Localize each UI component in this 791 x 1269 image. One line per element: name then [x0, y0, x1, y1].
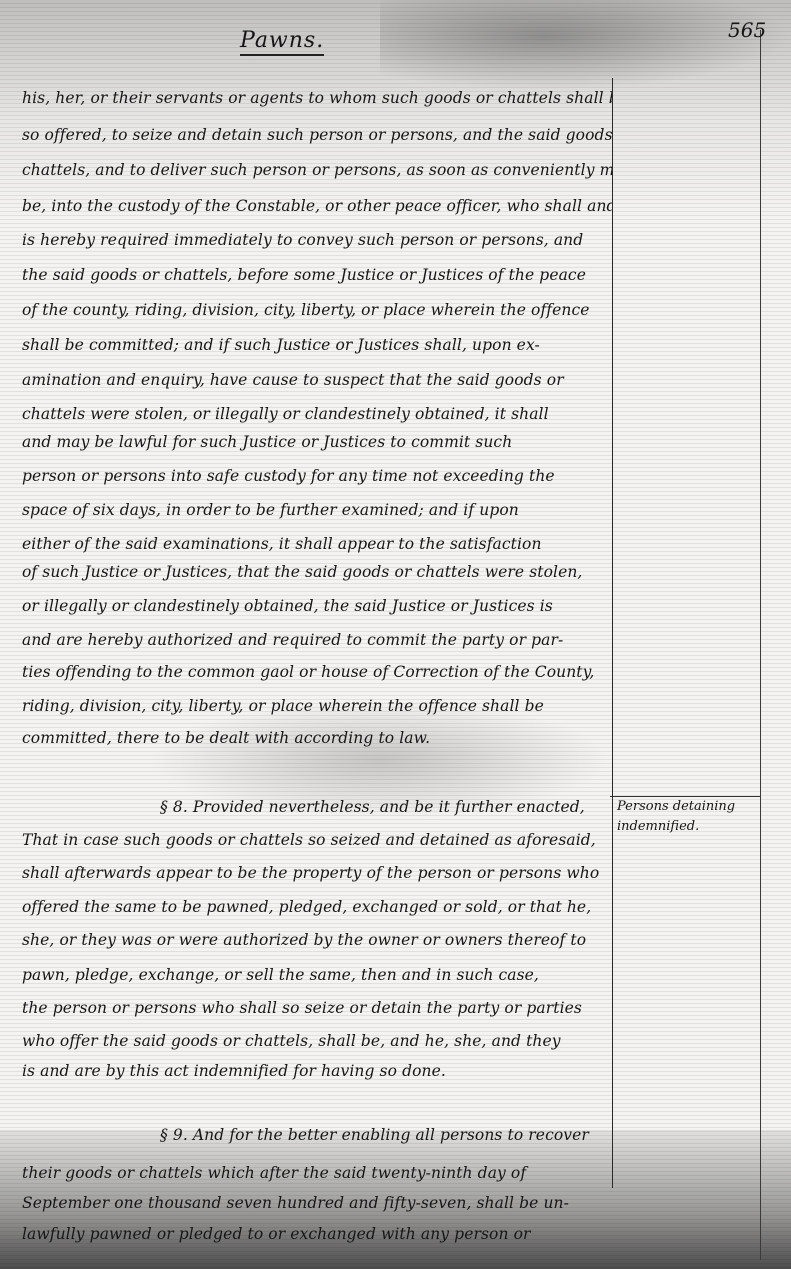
text-line: chattels, and to deliver such person or …: [22, 160, 612, 180]
text-line: shall be committed; and if such Justice …: [22, 335, 612, 355]
text-line: and are hereby authorized and required t…: [22, 630, 612, 650]
margin-note-line: Persons detaining: [617, 797, 757, 817]
outer-margin-rule: [760, 30, 761, 1260]
text-line: person or persons into safe custody for …: [22, 466, 612, 486]
section-8-heading: § 8. Provided nevertheless, and be it fu…: [160, 797, 612, 817]
text-line: riding, division, city, liberty, or plac…: [22, 696, 612, 716]
text-line: space of six days, in order to be furthe…: [22, 500, 612, 520]
text-line: she, or they was or were authorized by t…: [22, 930, 612, 950]
manuscript-page: Pawns. 565 his, her, or their servants o…: [0, 0, 791, 1269]
text-line: of such Justice or Justices, that the sa…: [22, 562, 612, 582]
text-line: ties offending to the common gaol or hou…: [22, 662, 612, 682]
margin-rule: [612, 78, 613, 1188]
text-line: offered the same to be pawned, pledged, …: [22, 897, 612, 917]
text-line: or illegally or clandestinely obtained, …: [22, 596, 612, 616]
text-line: so offered, to seize and detain such per…: [22, 125, 612, 145]
text-line: committed, there to be dealt with accord…: [22, 728, 612, 748]
text-line: the person or persons who shall so seize…: [22, 998, 612, 1018]
text-line: is and are by this act indemnified for h…: [22, 1061, 612, 1081]
page-number: 565: [728, 18, 766, 42]
text-line: is hereby required immediately to convey…: [22, 230, 612, 250]
text-line: who offer the said goods or chattels, sh…: [22, 1031, 612, 1051]
text-line: either of the said examinations, it shal…: [22, 534, 612, 554]
margin-note-persons-detaining: Persons detaining indemnified.: [617, 797, 757, 837]
margin-note-line: indemnified.: [617, 817, 757, 837]
text-line: the said goods or chattels, before some …: [22, 265, 612, 285]
text-line: be, into the custody of the Constable, o…: [22, 196, 612, 216]
scan-smudge-top: [380, 0, 791, 90]
text-line: chattels were stolen, or illegally or cl…: [22, 404, 612, 424]
text-line: amination and enquiry, have cause to sus…: [22, 370, 612, 390]
text-line: their goods or chattels which after the …: [22, 1163, 612, 1183]
text-line: shall afterwards appear to be the proper…: [22, 863, 612, 883]
text-line: September one thousand seven hundred and…: [22, 1193, 612, 1213]
text-line: his, her, or their servants or agents to…: [22, 88, 612, 108]
text-line: pawn, pledge, exchange, or sell the same…: [22, 965, 612, 985]
text-line: lawfully pawned or pledged to or exchang…: [22, 1224, 612, 1244]
section-9-heading: § 9. And for the better enabling all per…: [160, 1125, 612, 1145]
page-title: Pawns.: [240, 28, 324, 56]
text-line: of the county, riding, division, city, l…: [22, 300, 612, 320]
text-line: and may be lawful for such Justice or Ju…: [22, 432, 612, 452]
text-line: That in case such goods or chattels so s…: [22, 830, 612, 850]
